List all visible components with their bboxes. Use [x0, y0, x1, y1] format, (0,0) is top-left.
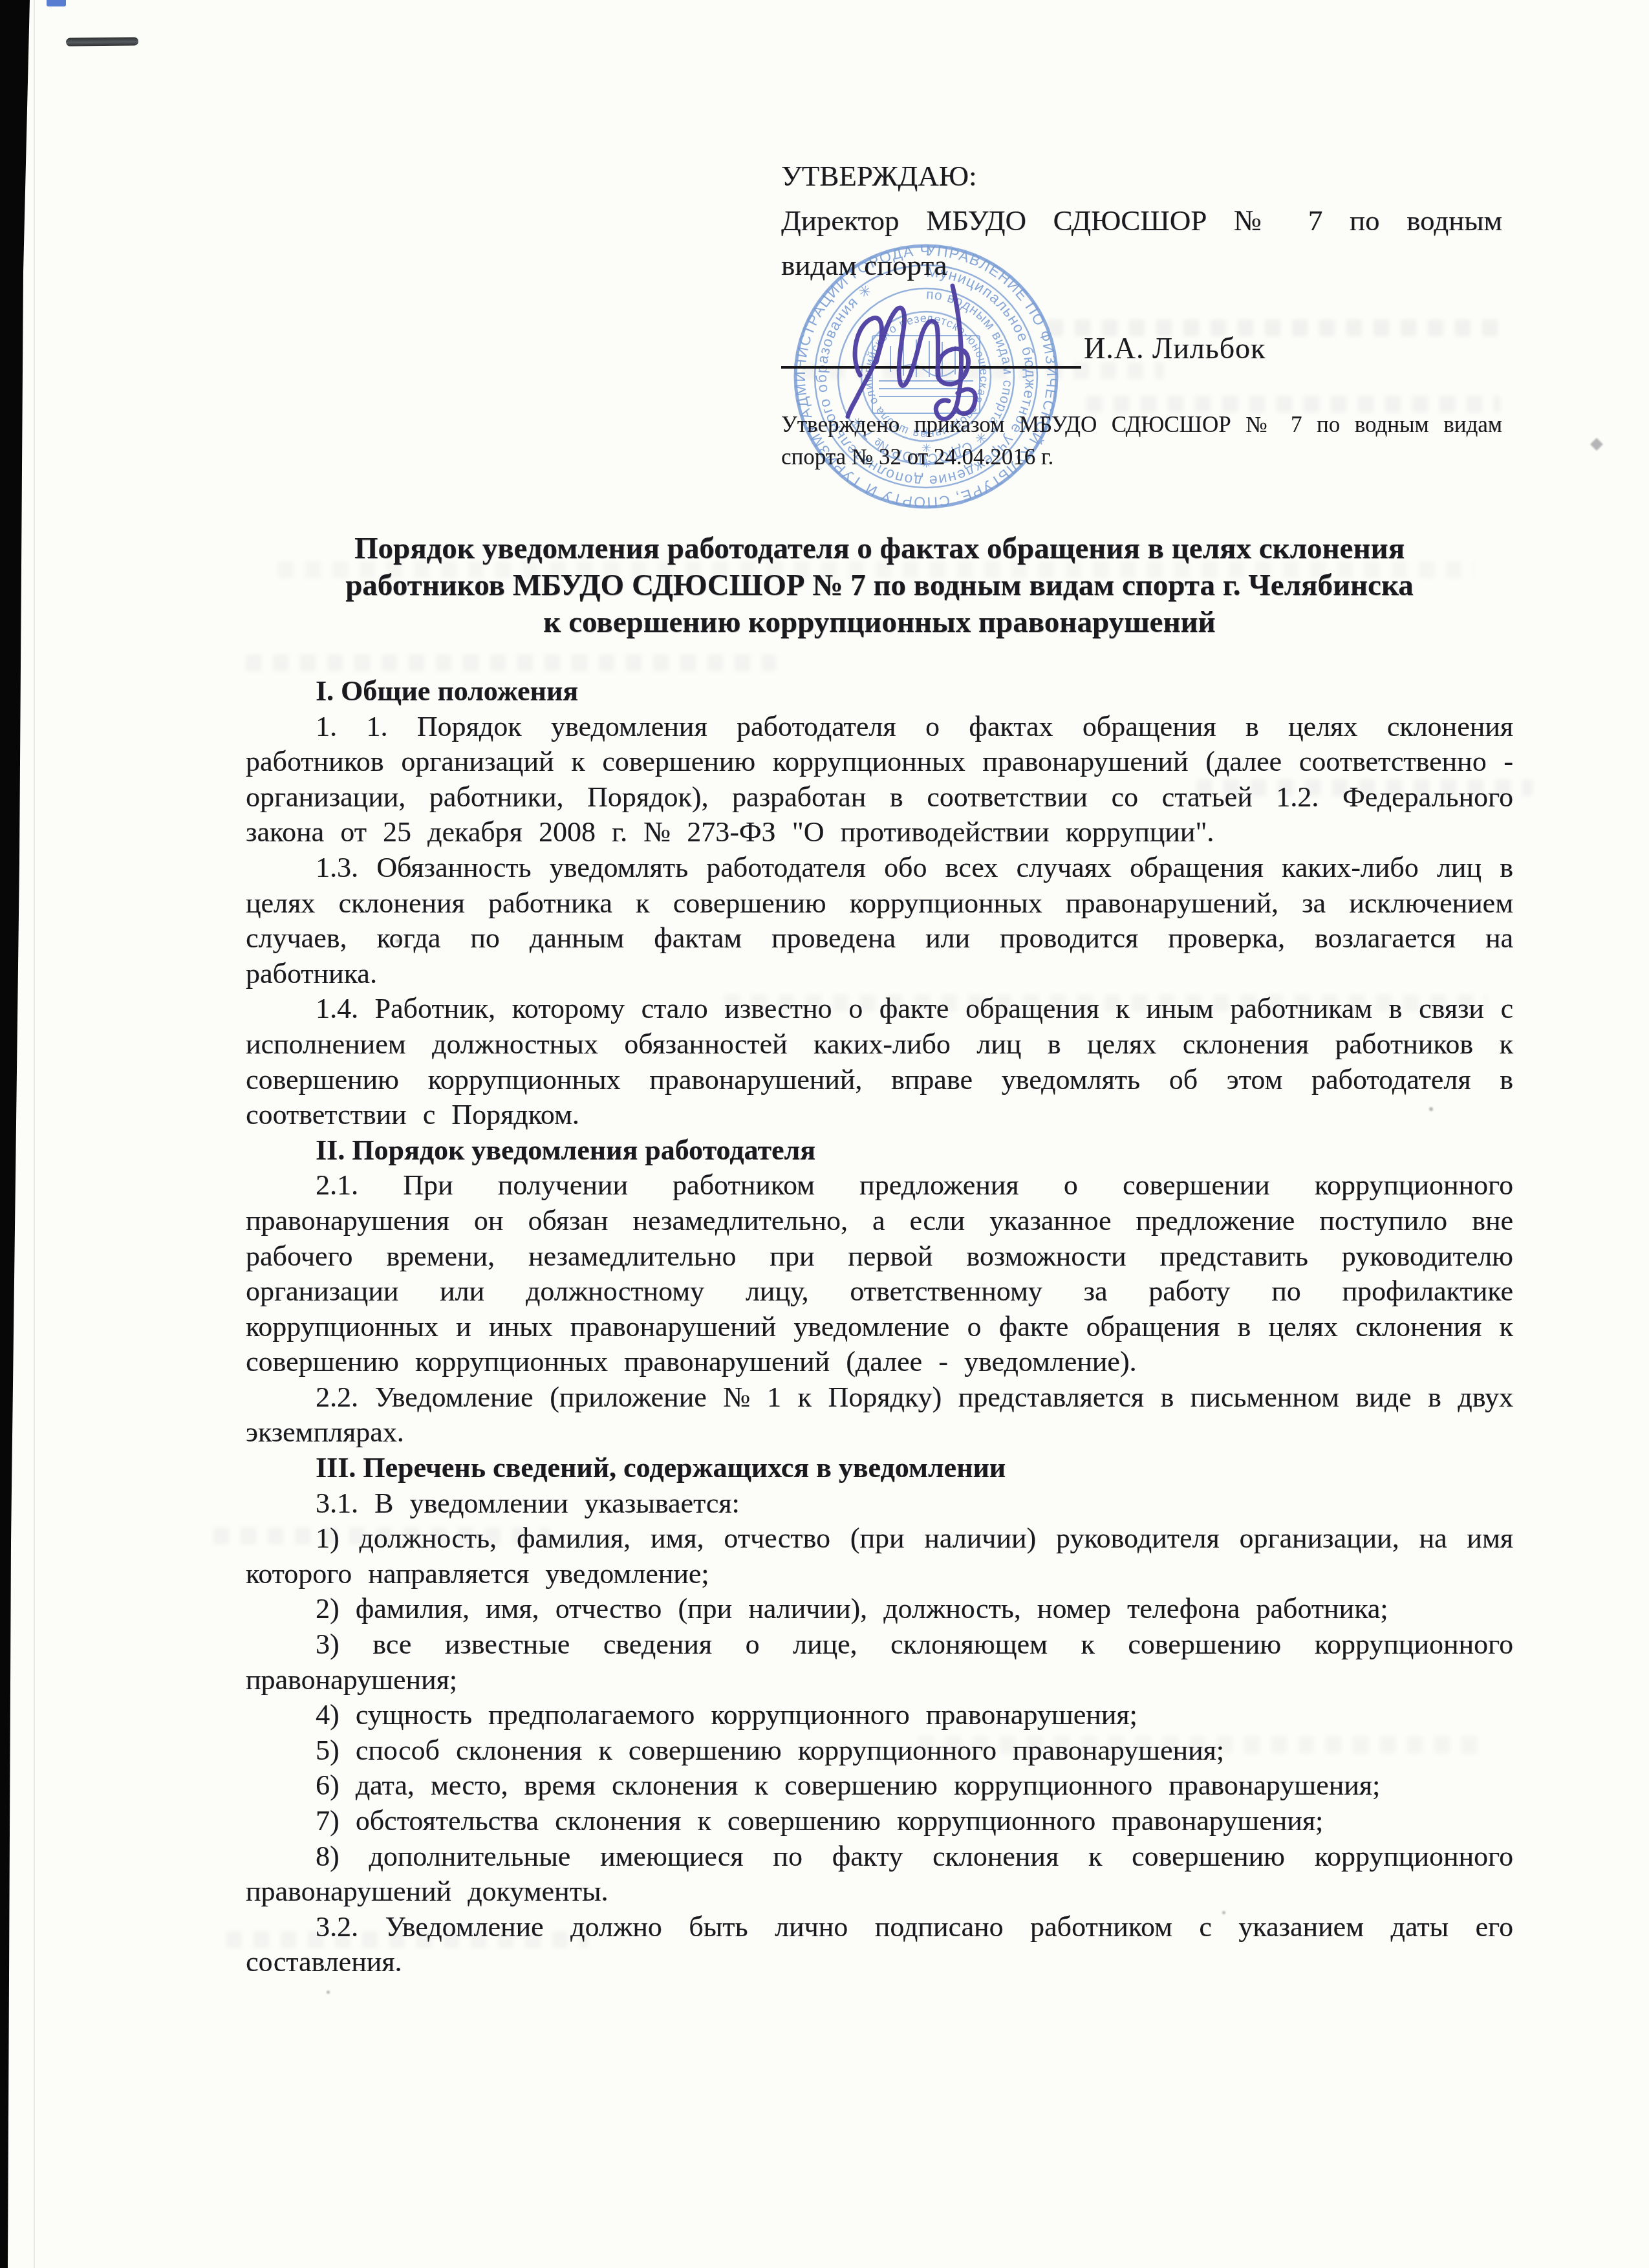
dust-speck — [1590, 438, 1603, 451]
title-line: работников МБУДО СДЮСШОР № 7 по водным в… — [246, 567, 1513, 604]
body-paragraph: 2.2. Уведомление (приложение № 1 к Поряд… — [246, 1380, 1513, 1451]
scan-edge-black-band — [0, 0, 32, 2268]
title-line: Порядок уведомления работодателя о факта… — [246, 530, 1513, 567]
dust-speck — [327, 1991, 330, 1994]
section-heading: I. Общие положения — [246, 674, 1513, 709]
approval-director-line: Директор МБУДО СДЮСШОР № 7 по водным — [781, 199, 1502, 243]
paper-edge-shadow — [34, 0, 35, 2268]
body-paragraph: 3.2. Уведомление должно быть лично подпи… — [246, 1910, 1513, 1980]
body-list-item: 1) должность, фамилия, имя, отчество (пр… — [246, 1521, 1513, 1592]
handwritten-signature — [837, 278, 986, 427]
body-list-item: 4) сущность предполагаемого коррупционно… — [246, 1698, 1513, 1733]
document-body: I. Общие положения 1. 1. Порядок уведомл… — [246, 674, 1513, 1980]
order-note-line: Утверждено приказом МБУДО СДЮСШОР № 7 по… — [781, 409, 1502, 441]
body-paragraph: 2.1. При получении работником предложени… — [246, 1168, 1513, 1380]
body-paragraph: 1.3. Обязанность уведомлять работодателя… — [246, 850, 1513, 991]
body-paragraph: 3.1. В уведомлении указывается: — [246, 1486, 1513, 1522]
scanned-document-page: УПРАВЛЕНИЕ ПО ФИЗИЧЕСКОЙ КУЛЬТУРЕ, СПОРТ… — [0, 0, 1649, 2268]
title-line: к совершению коррупционных правонарушени… — [246, 604, 1513, 641]
section-heading: III. Перечень сведений, содержащихся в у… — [246, 1451, 1513, 1486]
signer-name: И.А. Лильбок — [1084, 331, 1266, 365]
bleed-through-artifact — [246, 654, 776, 671]
body-list-item: 3) все известные сведения о лице, склоня… — [246, 1627, 1513, 1698]
document-title: Порядок уведомления работодателя о факта… — [246, 530, 1513, 641]
approval-label: УТВЕРЖДАЮ: — [781, 154, 1502, 199]
body-list-item: 8) дополнительные имеющиеся по факту скл… — [246, 1839, 1513, 1910]
body-list-item: 6) дата, место, время склонения к соверш… — [246, 1768, 1513, 1804]
approval-block: УТВЕРЖДАЮ: Директор МБУДО СДЮСШОР № 7 по… — [781, 154, 1502, 288]
dark-mark-artifact — [66, 37, 138, 46]
body-paragraph: 1.4. Работник, которому стало известно о… — [246, 991, 1513, 1132]
body-list-item: 7) обстоятельства склонения к совершению… — [246, 1804, 1513, 1839]
body-list-item: 5) способ склонения к совершению коррупц… — [246, 1733, 1513, 1769]
section-heading: II. Порядок уведомления работодателя — [246, 1133, 1513, 1169]
scan-edge-blue-artifact — [47, 0, 66, 6]
order-note: Утверждено приказом МБУДО СДЮСШОР № 7 по… — [781, 409, 1502, 473]
approval-director-line: видам спорта — [781, 243, 1502, 288]
body-list-item: 2) фамилия, имя, отчество (при наличии),… — [246, 1592, 1513, 1627]
order-note-line: спорта № 32 от 24.04.2016 г. — [781, 441, 1502, 473]
body-paragraph: 1. 1. Порядок уведомления работодателя о… — [246, 709, 1513, 850]
